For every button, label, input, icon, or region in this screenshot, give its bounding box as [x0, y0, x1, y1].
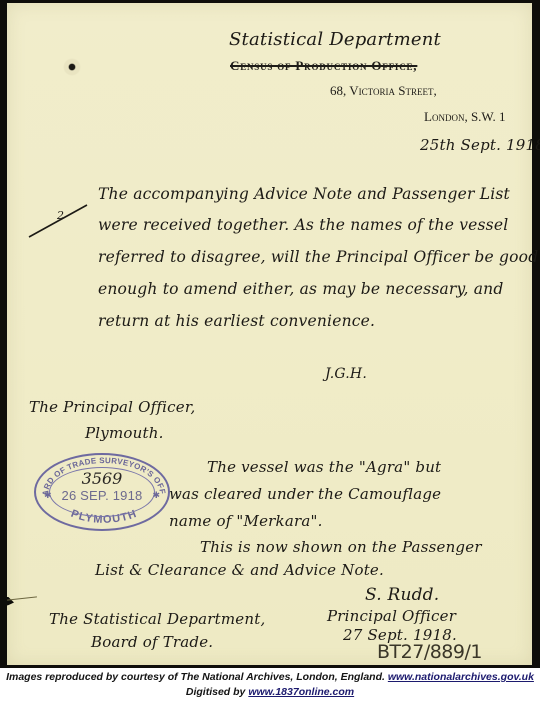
reply-line: name of "Merkara". — [169, 512, 323, 530]
star-icon: ✱ — [44, 490, 52, 501]
body-line: return at his earliest convenience. — [98, 312, 375, 330]
return-addressee-line-2: Board of Trade. — [91, 633, 213, 651]
stamp-date: 26 SEP. 1918 — [36, 488, 168, 503]
letterhead-address-street: 68, Victoria Street, — [330, 83, 437, 99]
addressee-line-1: The Principal Officer, — [29, 398, 196, 416]
return-addressee-line-1: The Statistical Department, — [49, 610, 265, 628]
footer-line-1: Images reproduced by courtesy of The Nat… — [0, 670, 540, 685]
letter-date: 25th Sept. 1918. — [420, 136, 540, 154]
paragraph-number: 2 — [56, 209, 64, 222]
1837online-link[interactable]: www.1837online.com — [248, 686, 354, 698]
archive-reference-code: BT27/889/1 — [377, 641, 482, 663]
body-line: were received together. As the names of … — [98, 216, 508, 234]
reply-line: was cleared under the Camouflage — [169, 485, 441, 503]
letterhead-address-city: London, S.W. 1 — [424, 109, 506, 125]
body-line: enough to amend either, as may be necess… — [98, 280, 503, 298]
reply-line: This is now shown on the Passenger — [200, 538, 482, 556]
reply-signature-title: Principal Officer — [327, 607, 456, 625]
punch-hole-icon — [63, 58, 81, 76]
footer-line-2: Digitised by www.1837online.com — [0, 685, 540, 700]
letterhead-department: Statistical Department — [229, 29, 441, 50]
body-line: The accompanying Advice Note and Passeng… — [98, 185, 510, 203]
reply-signature-name: S. Rudd. — [365, 585, 439, 605]
letter-paper: Statistical Department Census of Product… — [7, 3, 532, 665]
footer-credit-text: Images reproduced by courtesy of The Nat… — [6, 671, 385, 683]
scan-border: Statistical Department Census of Product… — [0, 0, 540, 668]
paragraph-number-slash-icon: 2 — [25, 199, 95, 239]
addressee-line-2: Plymouth. — [85, 424, 164, 442]
star-icon: ✱ — [152, 490, 160, 501]
footer-digitised-text: Digitised by — [186, 686, 246, 698]
board-of-trade-stamp: BOARD OF TRADE SURVEYOR'S OFFICE PLYMOUT… — [34, 453, 170, 531]
letterhead-struck-office: Census of Production Office, — [230, 58, 417, 74]
national-archives-link[interactable]: www.nationalarchives.gov.uk — [388, 671, 534, 683]
reply-line: List & Clearance & and Advice Note. — [95, 561, 384, 579]
stamp-number: 3569 — [36, 469, 168, 488]
reply-line: The vessel was the "Agra" but — [207, 458, 441, 476]
copyright-footer: Images reproduced by courtesy of The Nat… — [0, 670, 540, 702]
body-line: referred to disagree, will the Principal… — [98, 248, 538, 266]
initials-signature: J.G.H. — [325, 366, 367, 382]
